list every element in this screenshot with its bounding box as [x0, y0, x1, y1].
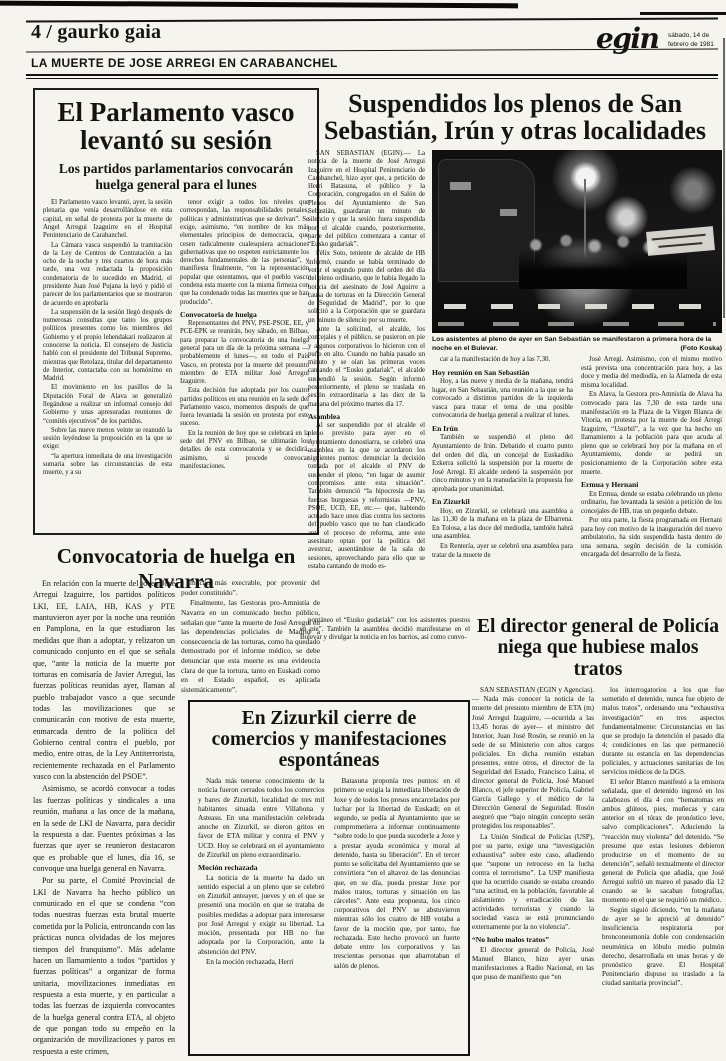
crosshead: Convocatoria de huelga: [180, 310, 309, 319]
article-column: car a la manifestación de hoy a las 7,30…: [432, 356, 573, 606]
paragraph: Batasuna proponía tres puntos: en el pri…: [334, 777, 461, 971]
street-protest-photo: [432, 150, 722, 333]
paragraph: Finalmente, las Gestoras pro-Amnistía de…: [181, 598, 320, 694]
article-policia: El director general de Policía niega que…: [472, 616, 724, 1054]
paragraph: “la apertura inmediata de una investigac…: [43, 453, 172, 478]
article-column: El Parlamento vasco levantó, ayer, la se…: [43, 199, 172, 515]
paragraph: La Unión Sindical de Policías (USP), por…: [472, 833, 594, 933]
article-column: tenor exigir a todos los niveles que cor…: [180, 199, 309, 515]
article-column: José Arregi. Asimismo, con el mismo moti…: [581, 356, 722, 606]
article-subhead: Los partidos parlamentarios convocarán h…: [43, 161, 309, 192]
paragraph: Félix Soto, teniente de alcalde de HB in…: [308, 250, 425, 325]
article-headline: En Zizurkil cierre de comercios y manife…: [198, 708, 460, 771]
paragraph: Ante la solicitud, el alcalde, los conce…: [308, 326, 425, 409]
paragraph: pontáneo el “Eusko gudariak” con los asi…: [300, 617, 470, 643]
paragraph: Por su parte, el Comité Provincial de LK…: [33, 875, 175, 1056]
paragraph: car a la manifestación de hoy a las 7,30…: [432, 356, 573, 365]
scan-artifact-bar: [0, 1, 518, 9]
article-column: mucho más execrable, por provenir del po…: [181, 578, 320, 694]
paragraph: La Cámara vasca suspendió la tramitación…: [43, 242, 172, 308]
paragraph: Sobre las nueve menos veinte se reanudó …: [43, 427, 172, 452]
paragraph: La noticia de la muerte ha dado un senti…: [198, 874, 325, 957]
column-text: car a la manifestación de hoy a las 7,30…: [432, 356, 573, 365]
crosshead: “No hubo malos tratos”: [472, 935, 594, 945]
article-headline: El Parlamento vasco levantó su sesión: [43, 98, 309, 154]
paragraph: Según siguió diciendo, “en la mañana de …: [602, 906, 724, 988]
article-column: los interrogatorios a los que fue someti…: [602, 686, 724, 1054]
article-parlamento: El Parlamento vasco levantó su sesión Lo…: [33, 88, 319, 535]
scan-artifact-edge: [723, 38, 725, 318]
header-rule: [26, 78, 718, 79]
article-column: SAN SEBASTIAN (EGIN).— La noticia de la …: [308, 150, 425, 611]
date-line-1: sábado, 14 de: [668, 32, 723, 41]
paragraph: Hoy, en Zizurkil, se celebrará una asamb…: [432, 508, 573, 542]
paragraph: El señor Blanco manifestó a la emisora s…: [602, 778, 724, 905]
column-text: Al ser suspendido por el alcalde el plen…: [308, 422, 425, 571]
masthead-logo: egin: [596, 22, 658, 55]
crosshead: En Zizurkil: [432, 497, 573, 506]
paragraph: Por otra parte, la fiesta programada en …: [581, 517, 722, 560]
paragraph: Esta decisión fue adoptada por los cuatr…: [180, 387, 309, 428]
paragraph: El director general de Policía, José Man…: [472, 946, 594, 982]
crosshead: Asamblea: [308, 412, 425, 421]
article-column-continuation: pontáneo el “Eusko gudariak” con los asi…: [300, 617, 470, 695]
column-text: José Arregi. Asimismo, con el mismo moti…: [581, 356, 722, 477]
article-column: Batasuna proponía tres puntos: en el pri…: [334, 777, 461, 1039]
paragraph: El Parlamento vasco levantó, ayer, la se…: [43, 199, 172, 240]
crosshead: Hoy reunión en San Sebastián: [432, 368, 573, 377]
column-text: SAN SEBASTIAN (EGIN).— La noticia de la …: [308, 150, 425, 409]
paragraph: mucho más execrable, por provenir del po…: [181, 578, 320, 597]
paragraph: La suspensión de la sesión llegó después…: [43, 309, 172, 384]
crosshead: En Irún: [432, 424, 573, 433]
paragraph: Nada más tenerse conocimiento de la noti…: [198, 777, 325, 860]
paragraph: En relación con la muerte del joven José…: [33, 578, 175, 782]
column-text: tenor exigir a todos los niveles que cor…: [180, 199, 309, 307]
paragraph: los interrogatorios a los que fue someti…: [602, 686, 724, 777]
paragraph: En Alava, la Gestora pro-Amnistía de Ala…: [581, 391, 722, 477]
header-rule: [26, 74, 718, 76]
column-text: También se suspendió el pleno del Ayunta…: [432, 434, 573, 494]
column-text: En Ermua, donde se estaba celebrando un …: [581, 491, 722, 561]
paragraph: En Ermua, donde se estaba celebrando un …: [581, 491, 722, 517]
article-column: SAN SEBASTIAN (EGIN y Agencias).— Nada m…: [472, 686, 594, 1054]
column-text: La noticia de la muerte ha dado un senti…: [198, 874, 325, 967]
article-photo-block: Los asistentes al pleno de ayer en San S…: [432, 150, 722, 611]
paragraph: Representantes del PNV, PSE-PSOE, EE, y …: [180, 320, 309, 386]
section-kicker: LA MUERTE DE JOSE ARREGI EN CARABANCHEL: [31, 56, 338, 70]
paragraph: José Arregi. Asimismo, con el mismo moti…: [581, 356, 722, 390]
paragraph: El movimiento en los pasillos de la Dipu…: [43, 384, 172, 425]
protest-banner: [646, 226, 715, 256]
column-text: Hoy, a las nueve y media de la mañana, t…: [432, 378, 573, 421]
paragraph: También se suspendió el pleno del Ayunta…: [432, 434, 573, 494]
paragraph: Hoy, a las nueve y media de la mañana, t…: [432, 378, 573, 421]
column-text: El director general de Policía, José Man…: [472, 946, 594, 982]
article-zizurkil: En Zizurkil cierre de comercios y manife…: [188, 700, 470, 1056]
column-text: Hoy, en Zizurkil, se celebrará una asamb…: [432, 508, 573, 560]
road-markings: [444, 304, 711, 309]
scan-artifact-bar: [640, 12, 726, 15]
article-suspendidos: Suspendidos los plenos de San Sebastián,…: [308, 90, 722, 611]
column-text: Representantes del PNV, PSE-PSOE, EE, y …: [180, 320, 309, 471]
crosshead: Ermua y Hernani: [581, 480, 722, 489]
paragraph: SAN SEBASTIAN (EGIN).— La noticia de la …: [308, 150, 425, 249]
article-headline: Suspendidos los plenos de San Sebastián,…: [308, 90, 722, 144]
newspaper-page: 4 / gaurko gaia egin sábado, 14 de febre…: [0, 0, 726, 1061]
date-line: sábado, 14 de febrero de 1981: [668, 32, 723, 50]
article-column: En relación con la muerte del joven José…: [33, 578, 175, 1056]
page-section-title: 4 / gaurko gaia: [31, 21, 161, 44]
paragraph: SAN SEBASTIAN (EGIN y Agencias).— Nada m…: [472, 686, 594, 831]
article-column: Nada más tenerse conocimiento de la noti…: [198, 777, 325, 1039]
road-markings: [438, 322, 716, 326]
paragraph: En la moción rechazada, Herri: [198, 958, 325, 967]
paragraph: Al ser suspendido por el alcalde el plen…: [308, 422, 425, 571]
paragraph: Asimismo, se acordó convocar a todas las…: [33, 783, 175, 874]
article-headline: El director general de Policía niega que…: [472, 616, 724, 680]
crosshead: Moción rechazada: [198, 863, 325, 873]
paragraph: tenor exigir a todos los niveles que cor…: [180, 199, 309, 307]
column-text: Nada más tenerse conocimiento de la noti…: [198, 777, 325, 860]
column-text: SAN SEBASTIAN (EGIN y Agencias).— Nada m…: [472, 686, 594, 932]
paragraph: En Rentería, ayer se celebró una asamble…: [432, 543, 573, 560]
paragraph: En la reunión de hoy que se celebrará en…: [180, 430, 309, 471]
